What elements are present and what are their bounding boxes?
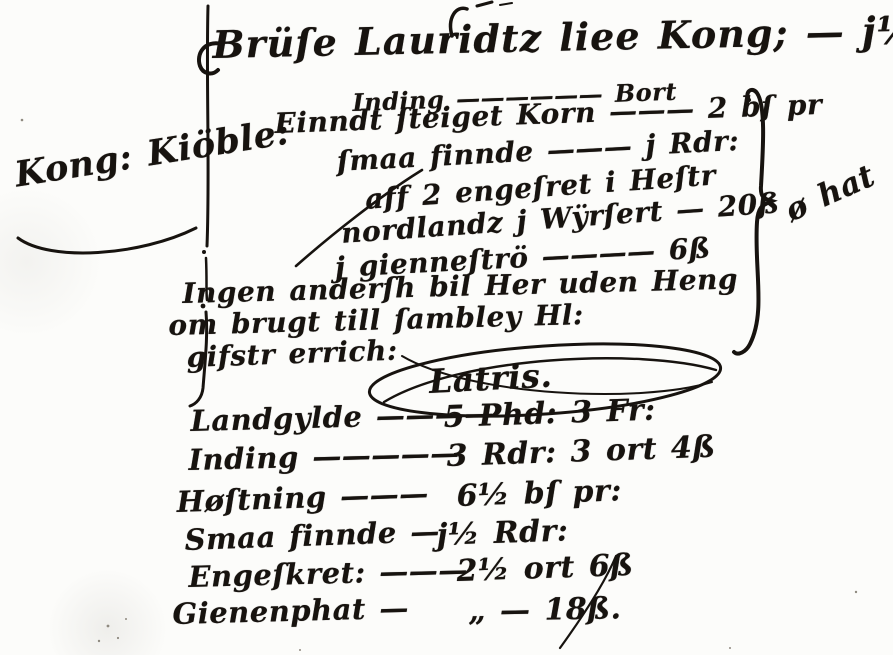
summary-row-value: 2½ ort 6ß	[456, 548, 634, 589]
summary-row-value: j½ Rdr:	[436, 513, 569, 553]
manuscript-page: Brüſe Lauridtz liee Kong; — j½ Phd: Kong…	[0, 0, 893, 655]
summary-row-value: 3 Rdr: 3 ort 4ß	[446, 430, 716, 474]
top-edge-fragment	[500, 3, 512, 5]
summary-row-label: Høſtning ———	[176, 476, 429, 519]
summary-row-label: Inding —————	[188, 436, 460, 477]
right-brace-note: ø hat	[780, 158, 880, 229]
left-margin-note: Kong: Kiöble:	[12, 112, 293, 196]
summary-row-value: „ — 18ß.	[468, 591, 622, 629]
top-edge-fragment	[477, 2, 492, 6]
summary-heading: Latris.	[428, 356, 553, 401]
summary-row-label: Engeſkret: ———	[188, 553, 468, 594]
summary-row-label: Smaa finnde —	[184, 514, 440, 557]
summary-row-value: 5 Phd: 3 Fr:	[443, 393, 656, 435]
entry-line: gifstr errich:	[186, 334, 398, 374]
summary-row-value: 6½ bſ pr:	[456, 473, 622, 514]
entry-title-line: Brüſe Lauridtz liee Kong; — j½ Phd:	[212, 5, 893, 67]
summary-row-label: Gienenphat —	[172, 591, 409, 631]
margin-note-swash	[18, 228, 196, 253]
